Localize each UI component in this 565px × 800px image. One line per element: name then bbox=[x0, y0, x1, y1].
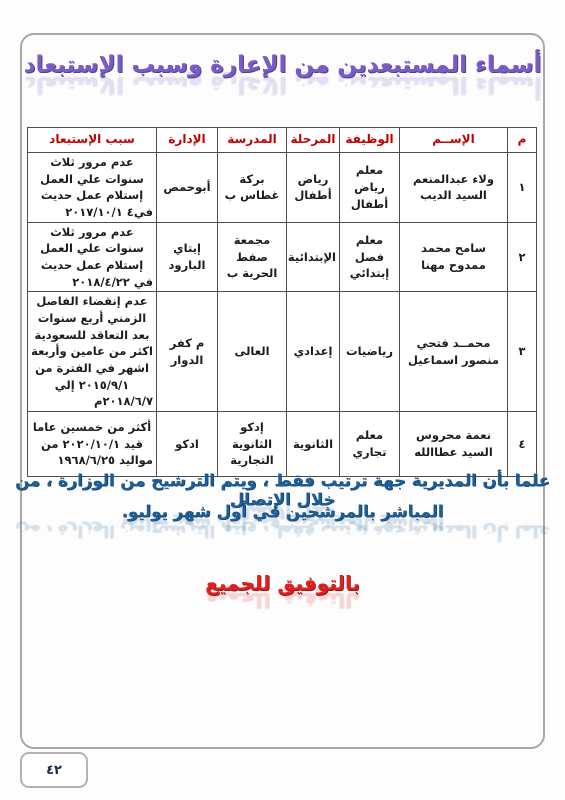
cell-admin: إيتاي البارود bbox=[157, 222, 218, 292]
cell-number: ٣ bbox=[508, 292, 537, 412]
cell-job: معلم رياض أطفال bbox=[340, 153, 400, 223]
header-school: المدرسة bbox=[218, 128, 287, 153]
cell-school: إدكو الثانوية التجارية bbox=[218, 412, 287, 477]
table-row: ١ ولاء عبدالمنعم السيد الديب معلم رياض أ… bbox=[28, 153, 537, 223]
cell-admin: أبوحمص bbox=[157, 153, 218, 223]
cell-name: نعمة محروس السيد عطاالله bbox=[400, 412, 508, 477]
cell-admin: م كفر الدوار bbox=[157, 292, 218, 412]
header-number: م bbox=[508, 128, 537, 153]
cell-number: ٤ bbox=[508, 412, 537, 477]
header-job: الوظيفة bbox=[340, 128, 400, 153]
page-number: ٤٢ bbox=[46, 763, 62, 778]
cell-reason: أكثر من خمسين عاما قيد ٢٠٢٠/١٠/١ من موال… bbox=[28, 412, 157, 477]
cell-name: سامح محمد ممدوح مهنا bbox=[400, 222, 508, 292]
table-row: ٢ سامح محمد ممدوح مهنا معلم فصل إبتدائي … bbox=[28, 222, 537, 292]
cell-number: ١ bbox=[508, 153, 537, 223]
cell-job: معلم تجاري bbox=[340, 412, 400, 477]
table-header-row: م الإســم الوظيفة المرحلة المدرسة الإدار… bbox=[28, 128, 537, 153]
excluded-teachers-table: م الإســم الوظيفة المرحلة المدرسة الإدار… bbox=[27, 127, 537, 477]
header-reason: سبب الإستبعاد bbox=[28, 128, 157, 153]
cell-job: رياضيات bbox=[340, 292, 400, 412]
cell-stage: الثانوية bbox=[287, 412, 340, 477]
page-number-box: ٤٢ bbox=[20, 752, 88, 788]
cell-stage: الإبتدائية bbox=[287, 222, 340, 292]
cell-job: معلم فصل إبتدائي bbox=[340, 222, 400, 292]
note-line-2-text: المباشر بالمرشحين في أول شهر يوليو. bbox=[0, 502, 565, 521]
cell-stage: إعدادي bbox=[287, 292, 340, 412]
cell-reason: عدم مرور ثلاث سنوات علي العمل إستلام عمل… bbox=[28, 222, 157, 292]
header-stage: المرحلة bbox=[287, 128, 340, 153]
header-name: الإســم bbox=[400, 128, 508, 153]
page-title-text: أسماء المستبعدين من الإعارة وسبب الإستبع… bbox=[0, 52, 565, 78]
header-admin: الإدارة bbox=[157, 128, 218, 153]
good-luck-text: بالتوفيق للجميع bbox=[0, 571, 565, 595]
cell-stage: رياض أطفال bbox=[287, 153, 340, 223]
note-line-2: المباشر بالمرشحين في أول شهر يوليو. المب… bbox=[0, 502, 565, 521]
table-row: ٣ محمــد فتحي منصور اسماعيل رياضيات إعدا… bbox=[28, 292, 537, 412]
cell-school: بركة غطاس ب bbox=[218, 153, 287, 223]
cell-name: ولاء عبدالمنعم السيد الديب bbox=[400, 153, 508, 223]
cell-number: ٢ bbox=[508, 222, 537, 292]
page-title: أسماء المستبعدين من الإعارة وسبب الإستبع… bbox=[0, 52, 565, 78]
table-row: ٤ نعمة محروس السيد عطاالله معلم تجاري ال… bbox=[28, 412, 537, 477]
good-luck-message: بالتوفيق للجميع بالتوفيق للجميع bbox=[0, 571, 565, 595]
cell-reason: عدم مرور ثلاث سنوات علي العمل إستلام عمل… bbox=[28, 153, 157, 223]
cell-reason: عدم إنقضاء الفاصل الزمني أربع سنوات بعد … bbox=[28, 292, 157, 412]
cell-school: العالى bbox=[218, 292, 287, 412]
cell-school: مجمعة صفط الحرية ب bbox=[218, 222, 287, 292]
cell-name: محمــد فتحي منصور اسماعيل bbox=[400, 292, 508, 412]
cell-admin: ادكو bbox=[157, 412, 218, 477]
document-page: أسماء المستبعدين من الإعارة وسبب الإستبع… bbox=[0, 0, 565, 800]
